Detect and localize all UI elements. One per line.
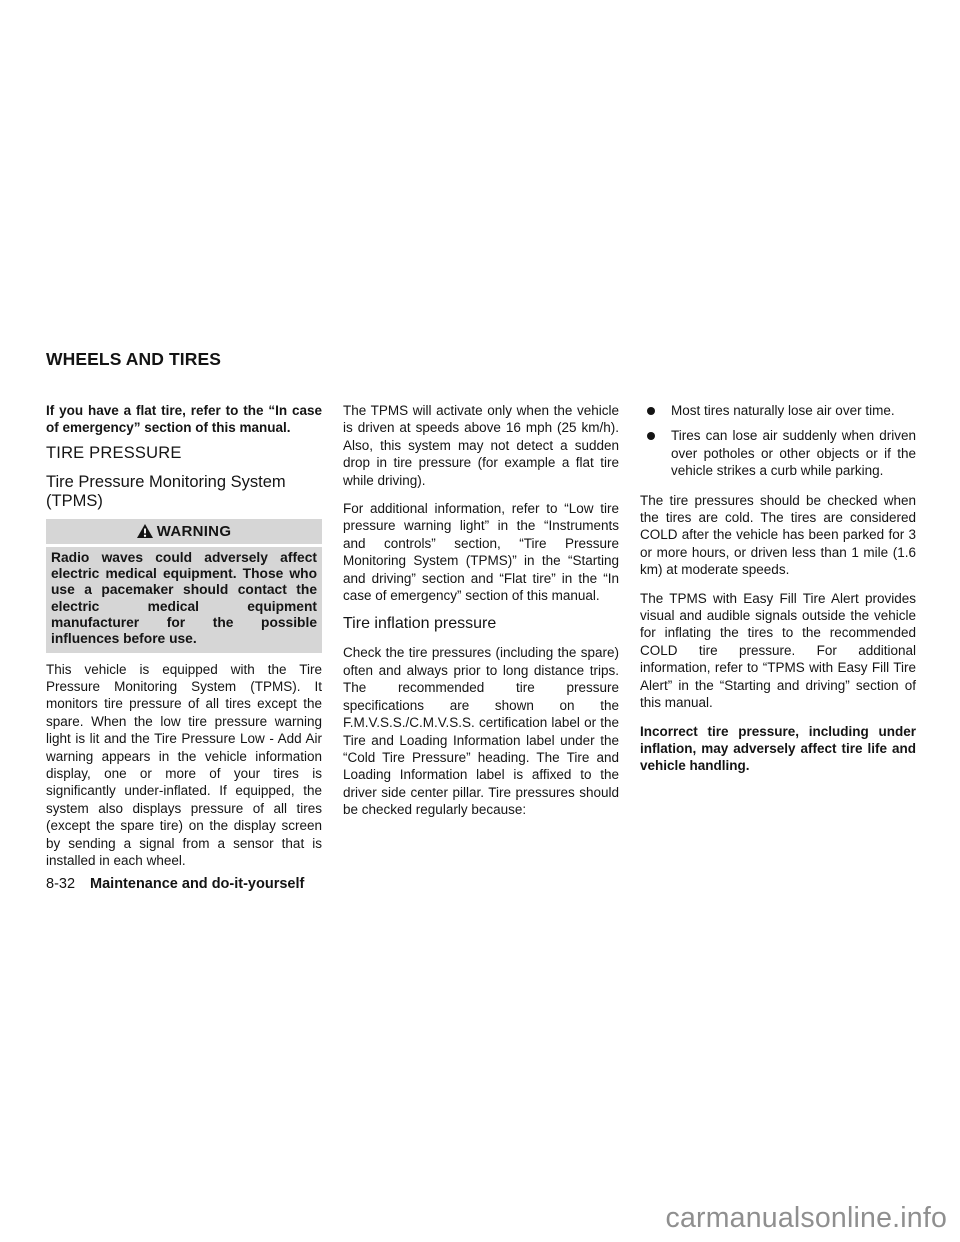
page-number: 8-32 (46, 876, 75, 892)
flat-tire-note: If you have a flat tire, refer to the “I… (46, 402, 322, 437)
bullet-icon (647, 407, 655, 415)
tpms-activation-paragraph: The TPMS will activate only when the veh… (343, 402, 619, 489)
content-columns: If you have a flat tire, refer to the “I… (46, 402, 916, 880)
column-2: The TPMS will activate only when the veh… (343, 402, 619, 880)
heading-tire-pressure: TIRE PRESSURE (46, 444, 322, 463)
warning-title: WARNING (157, 523, 232, 540)
bullet-text: Most tires naturally lose air over time. (671, 403, 895, 418)
column-1: If you have a flat tire, refer to the “I… (46, 402, 322, 880)
bullet-text: Tires can lose air suddenly when driven … (671, 428, 916, 478)
tpms-description: This vehicle is equipped with the Tire P… (46, 661, 322, 870)
cold-tires-paragraph: The tire pressures should be checked whe… (640, 492, 916, 579)
list-item: Tires can lose air suddenly when driven … (640, 427, 916, 479)
incorrect-pressure-warning: Incorrect tire pressure, including under… (640, 723, 916, 775)
warning-body-text: Radio waves could adversely affect elect… (46, 547, 322, 653)
heading-tpms-system: Tire Pressure Monitoring System (TPMS) (46, 473, 322, 512)
bullet-icon (647, 432, 655, 440)
watermark: carmanualsonline.info (666, 1202, 947, 1235)
warning-box: WARNING Radio waves could adversely affe… (46, 519, 322, 653)
easy-fill-alert-paragraph: The TPMS with Easy Fill Tire Alert provi… (640, 590, 916, 712)
warning-header: WARNING (46, 519, 322, 544)
manual-page: WHEELS AND TIRES If you have a flat tire… (0, 0, 960, 1242)
section-header: WHEELS AND TIRES (46, 349, 221, 370)
list-item: Most tires naturally lose air over time. (640, 402, 916, 419)
page-footer: 8-32Maintenance and do-it-yourself (46, 876, 304, 892)
additional-info-paragraph: For additional information, refer to “Lo… (343, 500, 619, 604)
check-pressure-paragraph: Check the tire pressures (including the … (343, 644, 619, 818)
air-loss-bullet-list: Most tires naturally lose air over time.… (640, 402, 916, 480)
column-3: Most tires naturally lose air over time.… (640, 402, 916, 880)
heading-tire-inflation-pressure: Tire inflation pressure (343, 615, 619, 633)
warning-triangle-icon (137, 524, 153, 538)
chapter-title: Maintenance and do-it-yourself (90, 876, 304, 892)
